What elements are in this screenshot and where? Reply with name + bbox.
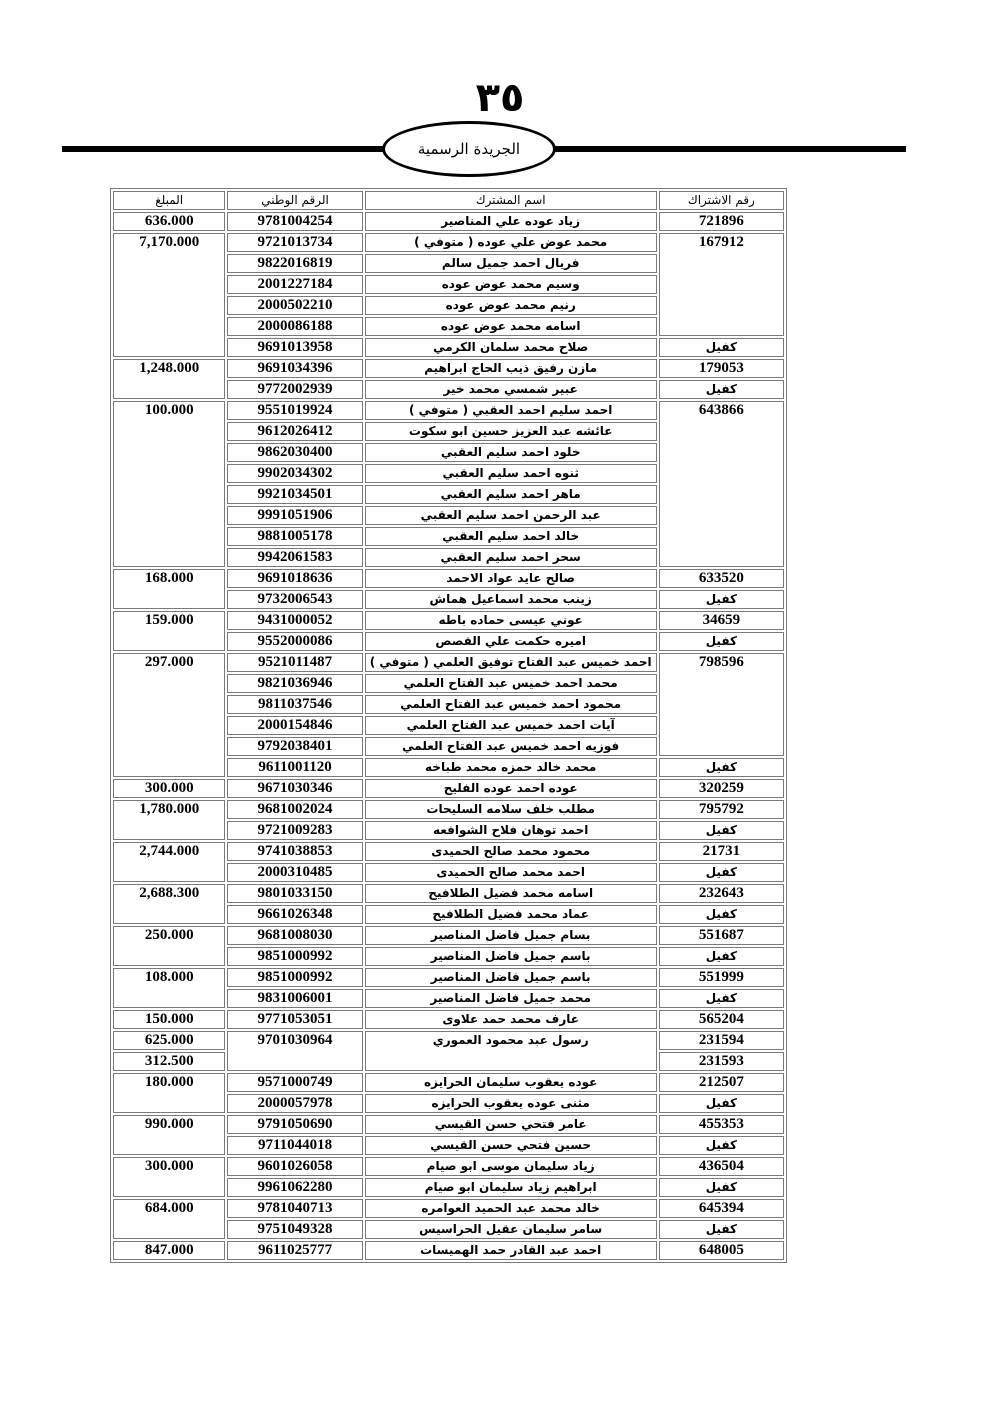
table-row: 100.0009551019924احمد سليم احمد العقبي (… [113, 401, 784, 420]
table-row: 1,780.0009681002024مطلب خلف سلامه السليح… [113, 800, 784, 819]
national-id-cell: 9781004254 [227, 212, 362, 231]
national-id-cell: 9521011487 [227, 653, 362, 672]
subscriber-name-cell: احمد عبد القادر حمد الهميسات [365, 1241, 657, 1260]
guarantor-label: كفيل [659, 338, 784, 357]
subscriber-name-cell: اسامه محمد عوض عوده [365, 317, 657, 336]
subscriber-name-cell: حسين فتحي حسن القيسي [365, 1136, 657, 1155]
national-id-cell: 9601026058 [227, 1157, 362, 1176]
subscription-no-cell: 231593 [659, 1052, 784, 1071]
subscriber-name-cell: احمد سليم احمد العقبي ( متوفي ) [365, 401, 657, 420]
subscriber-name-cell: رنيم محمد عوض عوده [365, 296, 657, 315]
subscriber-name-cell: احمد خميس عبد الفتاح توفيق العلمي ( متوف… [365, 653, 657, 672]
table-row: 159.0009431000052عوني عيسى حماده باطه346… [113, 611, 784, 630]
subscriber-name-cell: زينب محمد اسماعيل هماش [365, 590, 657, 609]
table-row: 150.0009771053051عارف محمد حمد علاوى5652… [113, 1010, 784, 1029]
table-row: 2,688.3009801033150اسامه محمد فضيل الطلا… [113, 884, 784, 903]
national-id-cell: 9681008030 [227, 926, 362, 945]
subscription-no-cell: 645394 [659, 1199, 784, 1218]
subscriber-name-cell: زياد سليمان موسى ابو صيام [365, 1157, 657, 1176]
subscriber-name-cell: خلود احمد سليم العقبي [365, 443, 657, 462]
subscriber-name-cell: عامر فتحي حسن القيسي [365, 1115, 657, 1134]
amount-cell: 150.000 [113, 1010, 225, 1029]
national-id-cell: 9772002939 [227, 380, 362, 399]
national-id-cell: 9551019924 [227, 401, 362, 420]
national-id-cell: 2000057978 [227, 1094, 362, 1113]
subscriber-name-cell: باسم جميل فاضل المناصير [365, 947, 657, 966]
subscription-no-cell: 455353 [659, 1115, 784, 1134]
guarantor-label: كفيل [659, 1136, 784, 1155]
national-id-cell: 9822016819 [227, 254, 362, 273]
guarantor-label: كفيل [659, 863, 784, 882]
national-id-cell: 9751049328 [227, 1220, 362, 1239]
national-id-cell: 9942061583 [227, 548, 362, 567]
amount-cell: 180.000 [113, 1073, 225, 1113]
subscriber-name-cell: محمد خالد حمزه محمد طباخه [365, 758, 657, 777]
amount-cell: 684.000 [113, 1199, 225, 1239]
amount-cell: 7,170.000 [113, 233, 225, 357]
guarantor-label: كفيل [659, 758, 784, 777]
subscriber-name-cell: عوده احمد عوده الفليح [365, 779, 657, 798]
amount-cell: 159.000 [113, 611, 225, 651]
subscriber-name-cell: زياد عوده علي المناصير [365, 212, 657, 231]
column-header-national-id: الرقم الوطني [227, 191, 362, 210]
amount-cell: 1,780.000 [113, 800, 225, 840]
national-id-cell: 9552000086 [227, 632, 362, 651]
national-id-cell: 9571000749 [227, 1073, 362, 1092]
national-id-cell: 9791050690 [227, 1115, 362, 1134]
national-id-cell: 9991051906 [227, 506, 362, 525]
national-id-cell: 9851000992 [227, 968, 362, 987]
subscription-no-cell: 551999 [659, 968, 784, 987]
national-id-cell: 9721013734 [227, 233, 362, 252]
subscriber-name-cell: بسام جميل فاضل المناصير [365, 926, 657, 945]
amount-cell: 990.000 [113, 1115, 225, 1155]
table-row: 168.0009691018636صالح عايد عواد الاحمد63… [113, 569, 784, 588]
guarantor-label: كفيل [659, 1178, 784, 1197]
publication-title-oval: الجريدة الرسمية [382, 121, 556, 177]
subscriber-name-cell: عبد الرحمن احمد سليم العقبي [365, 506, 657, 525]
subscriber-name-cell: محمد عوض علي عوده ( متوفي ) [365, 233, 657, 252]
national-id-cell: 9732006543 [227, 590, 362, 609]
table-row: 7,170.0009721013734محمد عوض علي عوده ( م… [113, 233, 784, 252]
national-id-cell: 9821036946 [227, 674, 362, 693]
amount-cell: 300.000 [113, 779, 225, 798]
subscriber-name-cell: محمد احمد خميس عبد الفتاح العلمي [365, 674, 657, 693]
national-id-cell: 9721009283 [227, 821, 362, 840]
national-id-cell: 9611001120 [227, 758, 362, 777]
column-header-subscription-no: رقم الاشتراك [659, 191, 784, 210]
subscriber-name-cell: مثنى عوده يعقوب الحرايزه [365, 1094, 657, 1113]
guarantor-label: كفيل [659, 380, 784, 399]
subscriber-name-cell: خالد احمد سليم العقبي [365, 527, 657, 546]
subscriber-name-cell: فوزيه احمد خميس عبد الفتاح العلمي [365, 737, 657, 756]
subscriber-name-cell: صالح عايد عواد الاحمد [365, 569, 657, 588]
subscription-no-cell: 798596 [659, 653, 784, 756]
subscription-no-cell: 565204 [659, 1010, 784, 1029]
subscriber-name-cell: فريال احمد جميل سالم [365, 254, 657, 273]
subscriber-name-cell: عوني عيسى حماده باطه [365, 611, 657, 630]
subscriber-name-cell: عماد محمد فضيل الطلافيح [365, 905, 657, 924]
national-id-cell: 9831006001 [227, 989, 362, 1008]
table-row: 2,744.0009741038853محمود محمد صالح الحمي… [113, 842, 784, 861]
publication-title: الجريدة الرسمية [418, 140, 520, 158]
subscriber-name-cell: رسول عبد محمود العموري [365, 1031, 657, 1071]
subscriber-name-cell: عوده يعقوب سليمان الحرايزه [365, 1073, 657, 1092]
amount-cell: 250.000 [113, 926, 225, 966]
amount-cell: 300.000 [113, 1157, 225, 1197]
amount-cell: 2,688.300 [113, 884, 225, 924]
subscriber-name-cell: وسيم محمد عوض عوده [365, 275, 657, 294]
subscription-no-cell: 232643 [659, 884, 784, 903]
table-row: 300.0009671030346عوده احمد عوده الفليح32… [113, 779, 784, 798]
table-row: 180.0009571000749عوده يعقوب سليمان الحرا… [113, 1073, 784, 1092]
subscriber-name-cell: احمد محمد صالح الحميدى [365, 863, 657, 882]
national-id-cell: 9881005178 [227, 527, 362, 546]
amount-cell: 100.000 [113, 401, 225, 567]
table-row: 636.0009781004254زياد عوده علي المناصير7… [113, 212, 784, 231]
subscriber-name-cell: اميره حكمت علي القصص [365, 632, 657, 651]
table-body: 636.0009781004254زياد عوده علي المناصير7… [113, 212, 784, 1260]
national-id-cell: 9921034501 [227, 485, 362, 504]
table-row: 250.0009681008030بسام جميل فاضل المناصير… [113, 926, 784, 945]
subscription-no-cell: 436504 [659, 1157, 784, 1176]
subscription-no-cell: 167912 [659, 233, 784, 336]
column-header-subscriber-name: اسم المشترك [365, 191, 657, 210]
table-header-row: المبلغ الرقم الوطني اسم المشترك رقم الاش… [113, 191, 784, 210]
national-id-cell: 9431000052 [227, 611, 362, 630]
subscriber-name-cell: عائشه عبد العزيز حسين ابو سكوت [365, 422, 657, 441]
national-id-cell: 9851000992 [227, 947, 362, 966]
national-id-cell: 9801033150 [227, 884, 362, 903]
subscription-no-cell: 179053 [659, 359, 784, 378]
national-id-cell: 9681002024 [227, 800, 362, 819]
subscriber-name-cell: عبير شمسي محمد خير [365, 380, 657, 399]
subscription-no-cell: 633520 [659, 569, 784, 588]
table-row: 684.0009781040713خالد محمد عبد الحميد ال… [113, 1199, 784, 1218]
amount-cell: 312.500 [113, 1052, 225, 1071]
subscription-no-cell: 21731 [659, 842, 784, 861]
subscriber-name-cell: سامر سليمان عقيل الحراسيس [365, 1220, 657, 1239]
national-id-cell: 9781040713 [227, 1199, 362, 1218]
subscriber-name-cell: محمود محمد صالح الحميدى [365, 842, 657, 861]
national-id-cell: 9611025777 [227, 1241, 362, 1260]
national-id-cell: 2000310485 [227, 863, 362, 882]
table-row: 1,248.0009691034396مازن رفيق ذيب الحاج ا… [113, 359, 784, 378]
page-number: ٣٥ [0, 76, 1000, 120]
subscriber-name-cell: خالد محمد عبد الحميد العوامره [365, 1199, 657, 1218]
subscriber-name-cell: ابراهيم زياد سليمان ابو صيام [365, 1178, 657, 1197]
subscriber-name-cell: مطلب خلف سلامه السليحات [365, 800, 657, 819]
subscription-no-cell: 721896 [659, 212, 784, 231]
national-id-cell: 9691013958 [227, 338, 362, 357]
national-id-cell: 9811037546 [227, 695, 362, 714]
column-header-amount: المبلغ [113, 191, 225, 210]
guarantor-label: كفيل [659, 1094, 784, 1113]
subscription-no-cell: 231594 [659, 1031, 784, 1050]
subscriber-name-cell: صلاح محمد سلمان الكرمي [365, 338, 657, 357]
subscriber-name-cell: سحر احمد سليم العقبي [365, 548, 657, 567]
subscriber-name-cell: ماهر احمد سليم العقبي [365, 485, 657, 504]
amount-cell: 108.000 [113, 968, 225, 1008]
national-id-cell: 2001227184 [227, 275, 362, 294]
amount-cell: 168.000 [113, 569, 225, 609]
table-row: 847.0009611025777احمد عبد القادر حمد اله… [113, 1241, 784, 1260]
subscriber-name-cell: عارف محمد حمد علاوى [365, 1010, 657, 1029]
national-id-cell: 9691034396 [227, 359, 362, 378]
subscriber-name-cell: آيات احمد خميس عبد الفتاح العلمي [365, 716, 657, 735]
guarantor-label: كفيل [659, 947, 784, 966]
national-id-cell: 9671030346 [227, 779, 362, 798]
guarantor-label: كفيل [659, 821, 784, 840]
subscriber-name-cell: محمد جميل فاضل المناصير [365, 989, 657, 1008]
amount-cell: 2,744.000 [113, 842, 225, 882]
subscription-no-cell: 212507 [659, 1073, 784, 1092]
national-id-cell: 9612026412 [227, 422, 362, 441]
table-row: 108.0009851000992باسم جميل فاضل المناصير… [113, 968, 784, 987]
subscription-no-cell: 795792 [659, 800, 784, 819]
guarantor-label: كفيل [659, 590, 784, 609]
national-id-cell: 9902034302 [227, 464, 362, 483]
guarantor-label: كفيل [659, 989, 784, 1008]
subscriber-name-cell: ثنوه احمد سليم العقبي [365, 464, 657, 483]
national-id-cell: 2000502210 [227, 296, 362, 315]
guarantor-label: كفيل [659, 632, 784, 651]
national-id-cell: 9691018636 [227, 569, 362, 588]
national-id-cell: 2000154846 [227, 716, 362, 735]
national-id-cell: 9792038401 [227, 737, 362, 756]
subscription-no-cell: 648005 [659, 1241, 784, 1260]
subscribers-table: المبلغ الرقم الوطني اسم المشترك رقم الاش… [110, 188, 787, 1263]
guarantor-label: كفيل [659, 905, 784, 924]
amount-cell: 1,248.000 [113, 359, 225, 399]
table-row: 990.0009791050690عامر فتحي حسن القيسي455… [113, 1115, 784, 1134]
national-id-cell: 9701030964 [227, 1031, 362, 1071]
table-row: 297.0009521011487احمد خميس عبد الفتاح تو… [113, 653, 784, 672]
subscription-no-cell: 643866 [659, 401, 784, 567]
amount-cell: 625.000 [113, 1031, 225, 1050]
national-id-cell: 9741038853 [227, 842, 362, 861]
national-id-cell: 9661026348 [227, 905, 362, 924]
subscriber-name-cell: محمود احمد خميس عبد الفتاح العلمي [365, 695, 657, 714]
subscription-no-cell: 551687 [659, 926, 784, 945]
guarantor-label: كفيل [659, 1220, 784, 1239]
amount-cell: 297.000 [113, 653, 225, 777]
subscription-no-cell: 34659 [659, 611, 784, 630]
national-id-cell: 9711044018 [227, 1136, 362, 1155]
subscription-no-cell: 320259 [659, 779, 784, 798]
national-id-cell: 9771053051 [227, 1010, 362, 1029]
table-row: 625.0009701030964رسول عبد محمود العموري2… [113, 1031, 784, 1050]
amount-cell: 847.000 [113, 1241, 225, 1260]
national-id-cell: 9862030400 [227, 443, 362, 462]
subscriber-name-cell: باسم جميل فاضل المناصير [365, 968, 657, 987]
subscriber-name-cell: احمد توهان فلاح الشوافعه [365, 821, 657, 840]
national-id-cell: 9961062280 [227, 1178, 362, 1197]
subscriber-name-cell: مازن رفيق ذيب الحاج ابراهيم [365, 359, 657, 378]
table-row: 300.0009601026058زياد سليمان موسى ابو صي… [113, 1157, 784, 1176]
amount-cell: 636.000 [113, 212, 225, 231]
national-id-cell: 2000086188 [227, 317, 362, 336]
subscriber-name-cell: اسامه محمد فضيل الطلافيح [365, 884, 657, 903]
